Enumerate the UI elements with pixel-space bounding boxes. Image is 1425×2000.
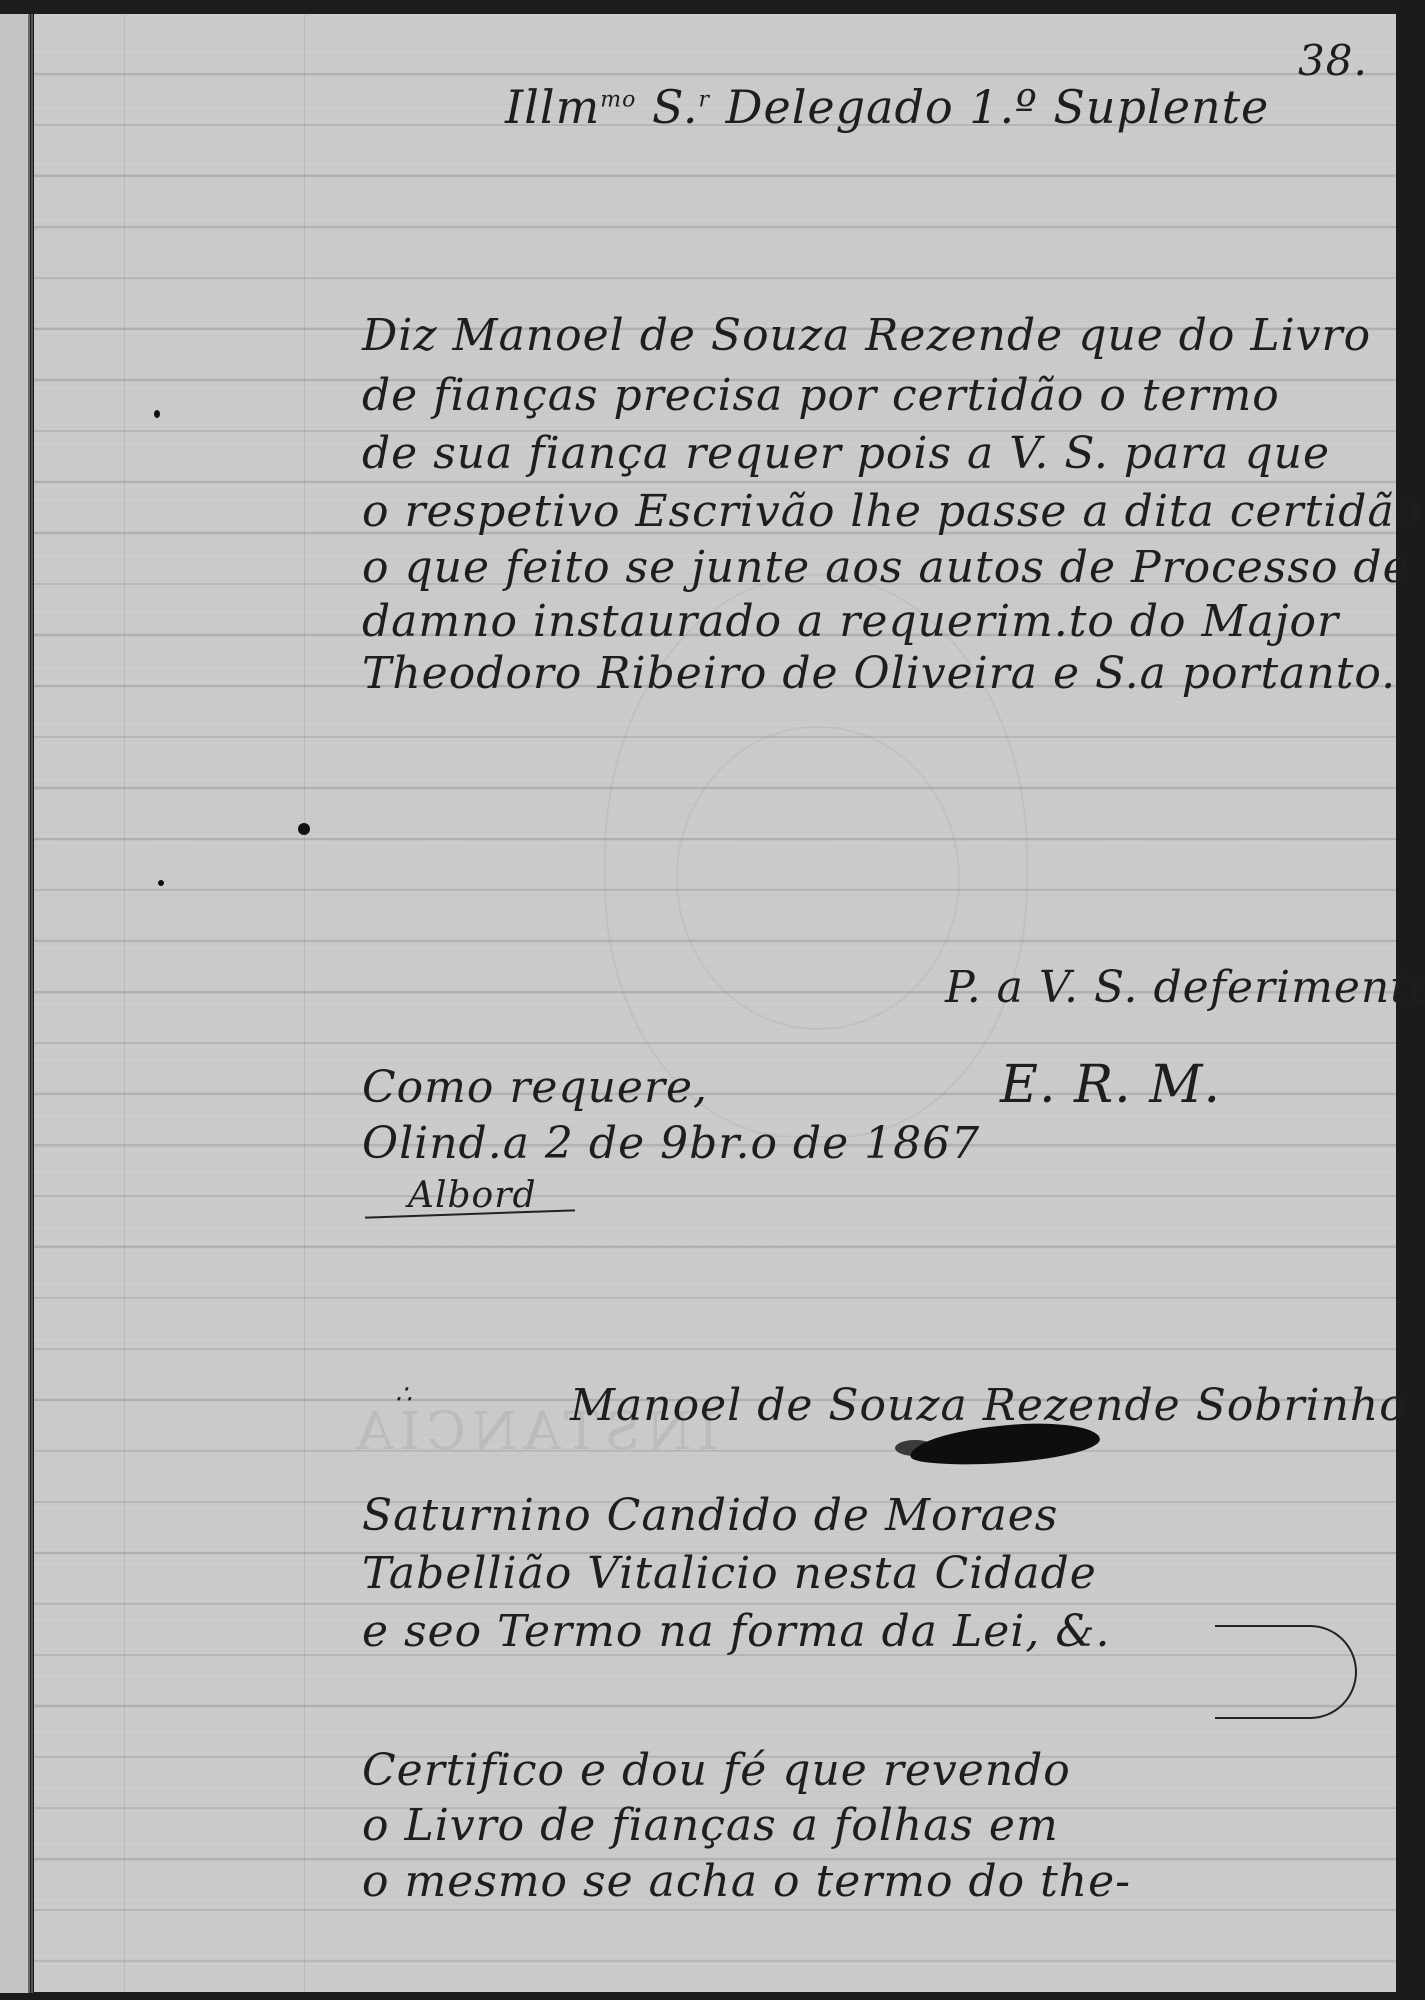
signature-marks: ∴ <box>395 1380 413 1410</box>
salutation-title-sup: mo <box>600 88 636 113</box>
scan-border-top <box>0 0 1425 14</box>
petition-line: Theodoro Ribeiro de Oliveira e S.a porta… <box>362 648 1396 699</box>
dispatch-signature: Albord <box>408 1175 536 1216</box>
folio-number: 38. <box>1298 36 1368 85</box>
ink-speck <box>298 823 310 835</box>
petition-line: de sua fiança requer pois a V. S. para q… <box>362 428 1330 479</box>
dispatch-line: Olind.a 2 de 9br.o de 1867 <box>362 1118 980 1169</box>
scan-border-bottom <box>0 1993 1425 2000</box>
certificate-header-line: Tabellião Vitalicio nesta Cidade <box>362 1548 1097 1599</box>
petition-line: Diz Manoel de Souza Rezende que do Livro <box>362 310 1371 361</box>
ink-speck <box>154 410 160 418</box>
watermark-inner <box>676 726 960 1030</box>
margin-rule <box>304 14 305 1992</box>
closing-request: P. a V. S. deferimento <box>945 962 1425 1013</box>
certificate-body-line: o Livro de fianças a folhas em <box>362 1800 1059 1851</box>
petition-line: o que feito se junte aos autos de Proces… <box>362 542 1410 593</box>
certificate-body-line: o mesmo se acha o termo do the- <box>362 1856 1131 1907</box>
margin-rule <box>124 14 125 1992</box>
binding-gutter <box>31 14 33 2000</box>
salutation-rest: Delegado 1.º Suplente <box>726 80 1270 134</box>
adjacent-page-edge <box>0 14 30 2000</box>
petition-line: o respetivo Escrivão lhe passe a dita ce… <box>362 486 1422 537</box>
ink-speck <box>158 880 164 886</box>
certificate-header-line: Saturnino Candido de Moraes <box>362 1490 1058 1541</box>
certificate-header-line: e seo Termo na forma da Lei, &. <box>362 1606 1110 1657</box>
salutation-title: Illm <box>505 80 600 134</box>
pen-flourish <box>1215 1625 1357 1719</box>
salutation-sr-sup: r <box>698 88 710 113</box>
petition-line: de fianças precisa por certidão o termo <box>362 370 1280 421</box>
signatory-name: Manoel de Souza Rezende Sobrinho <box>570 1380 1407 1431</box>
salutation-sr: S. <box>652 80 699 134</box>
salutation: Illmmo S.r Delegado 1.º Suplente <box>505 80 1269 134</box>
dispatch-line: Como requere, <box>362 1062 708 1113</box>
petition-line: damno instaurado a requerim.to do Major <box>362 596 1339 647</box>
certificate-body-line: Certifico e dou fé que revendo <box>362 1745 1071 1796</box>
closing-abbreviation: E. R. M. <box>1000 1055 1221 1115</box>
